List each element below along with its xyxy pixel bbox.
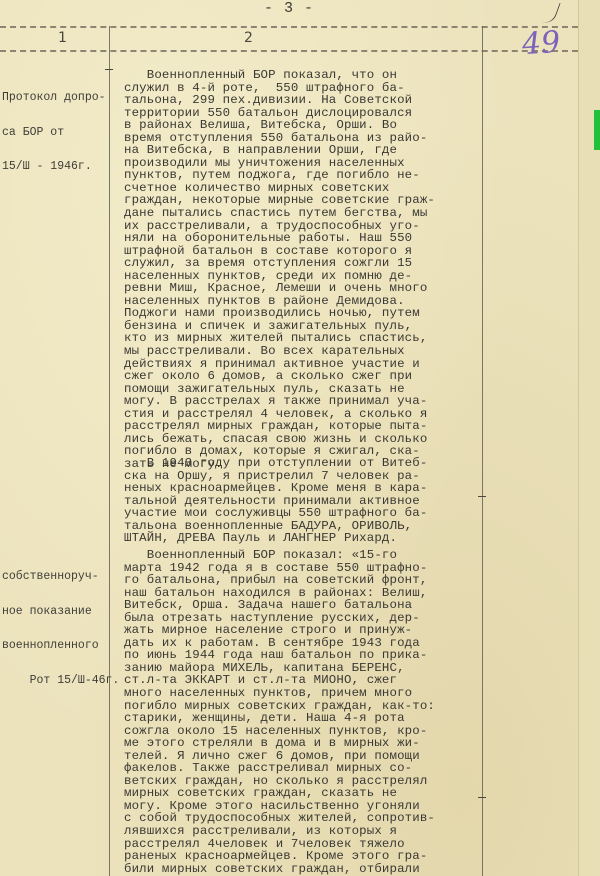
text-line: Военнопленный БОР показал, что он xyxy=(124,69,480,82)
margin-note-line: Рот 15/Ш-46г. xyxy=(2,675,108,687)
text-line: няли на оборонительные работы. Наш 550 xyxy=(124,232,480,245)
text-line: неных красноармейцев. Кроме меня в кара- xyxy=(124,482,480,495)
column-header-1: 1 xyxy=(58,30,67,46)
document-page: - 3 - 1 2 49 Протокол допро- са БОР от 1… xyxy=(0,0,578,876)
text-line: жать мирное население строго и принуж- xyxy=(124,624,480,637)
text-line: ме этого стреляли в дома и в мирных жи- xyxy=(124,737,480,750)
margin-note-line: ное показание xyxy=(2,606,108,618)
margin-note-line: военнопленного xyxy=(2,640,108,652)
text-line: били мирных советских граждан, отбирали xyxy=(124,863,480,876)
column-divider-left xyxy=(109,26,110,876)
handwritten-folio-number: 49 xyxy=(521,25,562,63)
text-line: участие мои сослуживцы 550 штрафного ба- xyxy=(124,507,480,520)
testimony-paragraph-2: В 1943 году при отступлении от Витеб-ска… xyxy=(124,457,480,545)
margin-note-line: собственноруч- xyxy=(2,571,108,583)
column-divider-right xyxy=(482,26,483,876)
page-number: - 3 - xyxy=(0,0,578,17)
text-line: мы расстреливали. Во всех карательных xyxy=(124,345,480,358)
testimony-paragraph-3: Военнопленный БОР показал: «15-гомарта 1… xyxy=(124,549,480,875)
text-line: расстрелял мирных граждан, которые пыта- xyxy=(124,420,480,433)
text-line: служил, за время отступления сожгли 15 xyxy=(124,257,480,270)
margin-note-line: Протокол допро- xyxy=(2,92,108,104)
margin-note-line: са БОР от xyxy=(2,127,108,139)
margin-note-interrogation-protocol: Протокол допро- са БОР от 15/Ш - 1946г. xyxy=(2,69,108,196)
text-line: много населенных пунктов, причем много xyxy=(124,687,480,700)
text-line: старики, женщины, дети. Наша 4-я рота xyxy=(124,712,480,725)
margin-note-line: 15/Ш - 1946г. xyxy=(2,161,108,173)
text-line: сжег около 6 домов, а сколько сжег при xyxy=(124,370,480,383)
text-line: ревни Миш, Красное, Лемеши и очень много xyxy=(124,282,480,295)
text-line: в районах Велиша, Витебска, Орши. Во xyxy=(124,119,480,132)
margin-note-handwritten-testimony: собственноруч- ное показание военнопленн… xyxy=(2,548,108,709)
text-line: Витебск, Орша. Задача нашего батальона xyxy=(124,599,480,612)
text-line: ШТАЙН, ДРЕВА Пауль и ЛАНГНЕР Рихард. xyxy=(124,532,480,545)
text-line: го батальона, прибыл на советский фронт, xyxy=(124,574,480,587)
text-line: В 1943 году при отступлении от Витеб- xyxy=(124,457,480,470)
green-edge-tab xyxy=(594,110,600,150)
text-line: раненых красноармейцев. Кроме этого гра- xyxy=(124,850,480,863)
testimony-paragraph-1: Военнопленный БОР показал, что онслужил … xyxy=(124,69,480,471)
column-header-2: 2 xyxy=(244,30,253,46)
text-line: на Витебска, в направлении Орши, где xyxy=(124,144,480,157)
text-line: Военнопленный БОР показал: «15-го xyxy=(124,549,480,562)
text-line: тальона, 299 пех.дивизии. На Советской xyxy=(124,94,480,107)
text-line: лявшихся расстреливали, из которых я xyxy=(124,825,480,838)
header-rule-bottom xyxy=(0,50,578,52)
text-line: дане пытались спастись путем бегства, мы xyxy=(124,207,480,220)
text-line: факелов. Также расстреливал мирных со- xyxy=(124,762,480,775)
header-rule-top xyxy=(0,26,578,28)
text-line: могу. В расстрелах я также принимал уча- xyxy=(124,395,480,408)
